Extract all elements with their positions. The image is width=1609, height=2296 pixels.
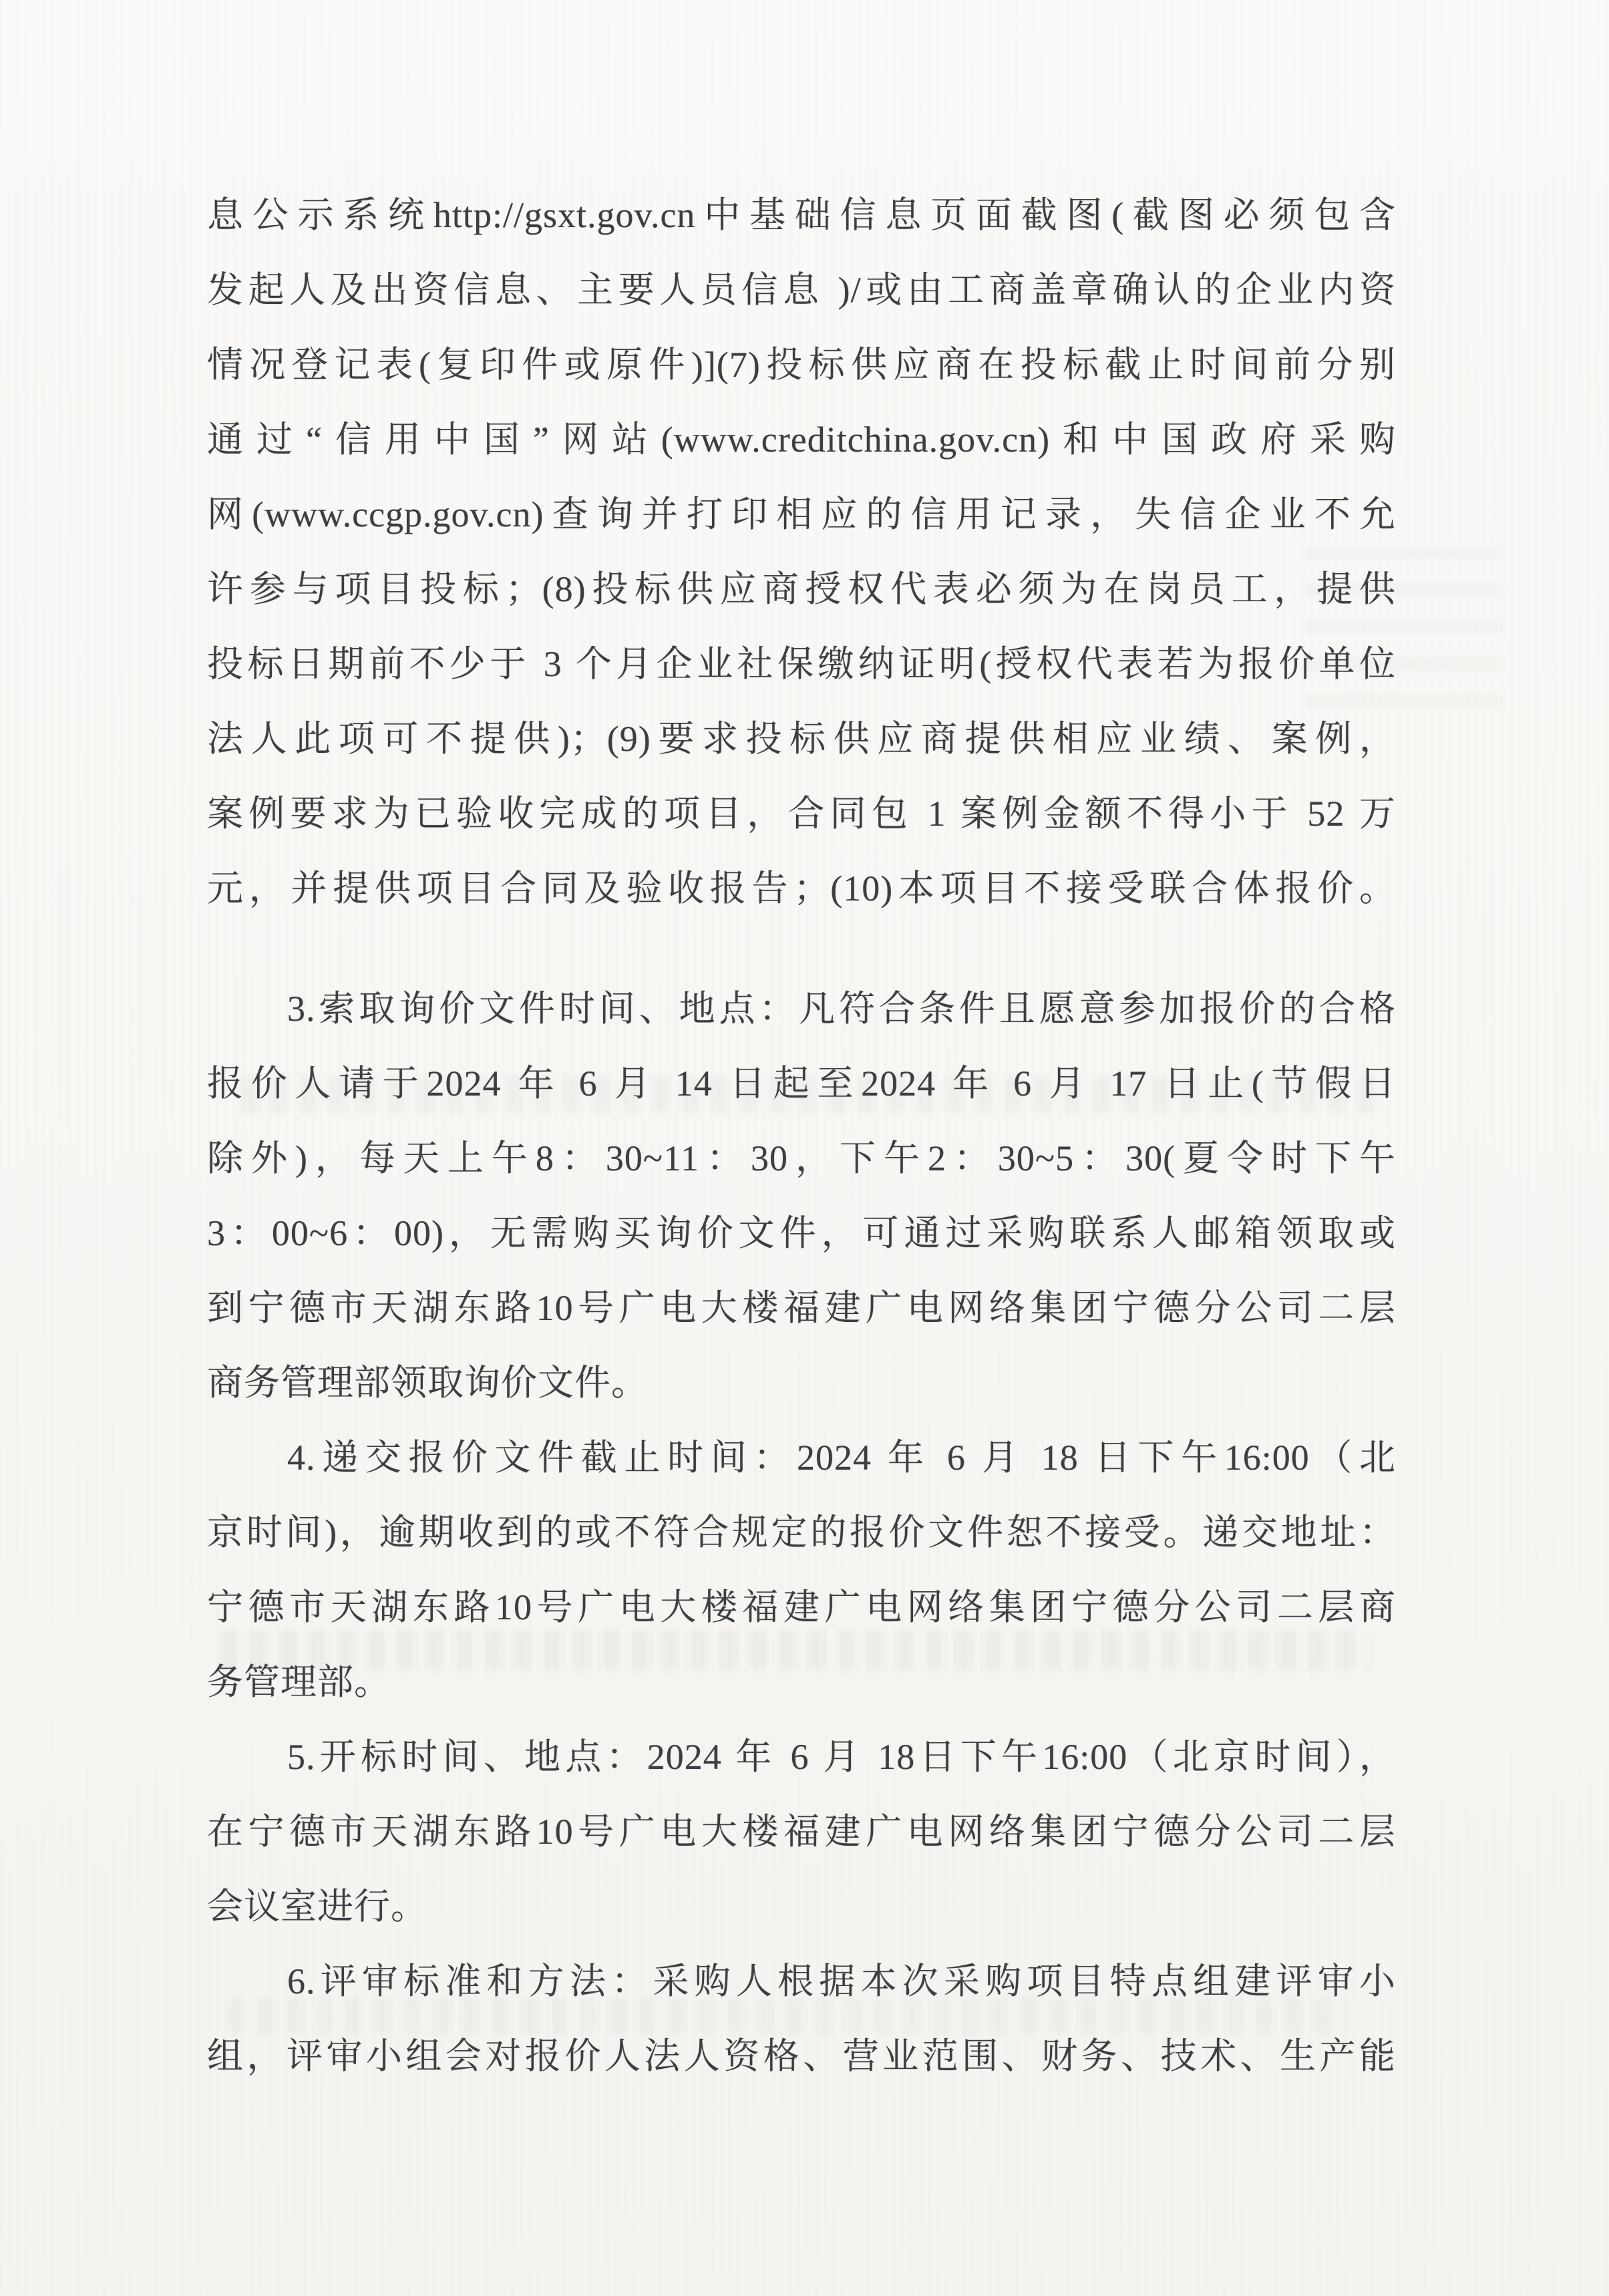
text-line: 息公示系统http://gsxt.gov.cn中基础信息页面截图(截图必须包含 <box>207 178 1396 253</box>
text-line: 网(www.ccgp.gov.cn)查询并打印相应的信用记录，失信企业不允 <box>207 477 1396 552</box>
text-line: 法人此项可不提供)；(9)要求投标供应商提供相应业绩、案例， <box>207 701 1396 776</box>
text-line: 案例要求为已验收完成的项目，合同包 1 案例金额不得小于 52 万 <box>207 776 1396 851</box>
text-line: 务管理部。 <box>207 1645 1396 1719</box>
text-line: 组，评审小组会对报价人法人资格、营业范围、财务、技术、生产能 <box>207 2019 1396 2094</box>
text-line: 通过“信用中国”网站(www.creditchina.gov.cn)和中国政府采… <box>207 402 1396 477</box>
text-line: 3：00~6：00)，无需购买询价文件，可通过采购联系人邮箱领取或 <box>207 1196 1396 1271</box>
text-line: 宁德市天湖东路10号广电大楼福建广电网络集团宁德分公司二层商 <box>207 1570 1396 1645</box>
text-line: 6.评审标准和方法：采购人根据本次采购项目特点组建评审小 <box>207 1944 1396 2019</box>
text-line: 投标日期前不少于 3 个月企业社保缴纳证明(授权代表若为报价单位 <box>207 627 1396 701</box>
text-line: 京时间)，逾期收到的或不符合规定的报价文件恕不接受。递交地址： <box>207 1495 1396 1570</box>
text-line: 到宁德市天湖东路10号广电大楼福建广电网络集团宁德分公司二层 <box>207 1271 1396 1345</box>
text-line: 情况登记表(复印件或原件)](7)投标供应商在投标截止时间前分别 <box>207 327 1396 402</box>
scanned-page: 息公示系统http://gsxt.gov.cn中基础信息页面截图(截图必须包含发… <box>0 0 1609 2296</box>
text-line: 4.递交报价文件截止时间：2024 年 6 月 18 日下午16:00（北 <box>207 1420 1396 1495</box>
text-line: 在宁德市天湖东路10号广电大楼福建广电网络集团宁德分公司二层 <box>207 1794 1396 1869</box>
text-line: 除外)，每天上午8：30~11：30，下午2：30~5：30(夏令时下午 <box>207 1121 1396 1196</box>
text-line: 发起人及出资信息、主要人员信息 )/或由工商盖章确认的企业内资 <box>207 253 1396 327</box>
paragraph-gap <box>207 926 1396 971</box>
text-line: 元，并提供项目合同及验收报告；(10)本项目不接受联合体报价。 <box>207 851 1396 926</box>
text-line: 3.索取询价文件时间、地点：凡符合条件且愿意参加报价的合格 <box>207 971 1396 1046</box>
text-line: 5.开标时间、地点：2024 年 6 月 18日下午16:00（北京时间）， <box>207 1719 1396 1794</box>
text-line: 报价人请于2024 年 6 月 14 日起至2024 年 6 月 17 日止(节… <box>207 1046 1396 1121</box>
document-text: 息公示系统http://gsxt.gov.cn中基础信息页面截图(截图必须包含发… <box>207 178 1396 2094</box>
text-line: 商务管理部领取询价文件。 <box>207 1345 1396 1420</box>
text-line: 会议室进行。 <box>207 1869 1396 1944</box>
text-line: 许参与项目投标；(8)投标供应商授权代表必须为在岗员工，提供 <box>207 552 1396 627</box>
